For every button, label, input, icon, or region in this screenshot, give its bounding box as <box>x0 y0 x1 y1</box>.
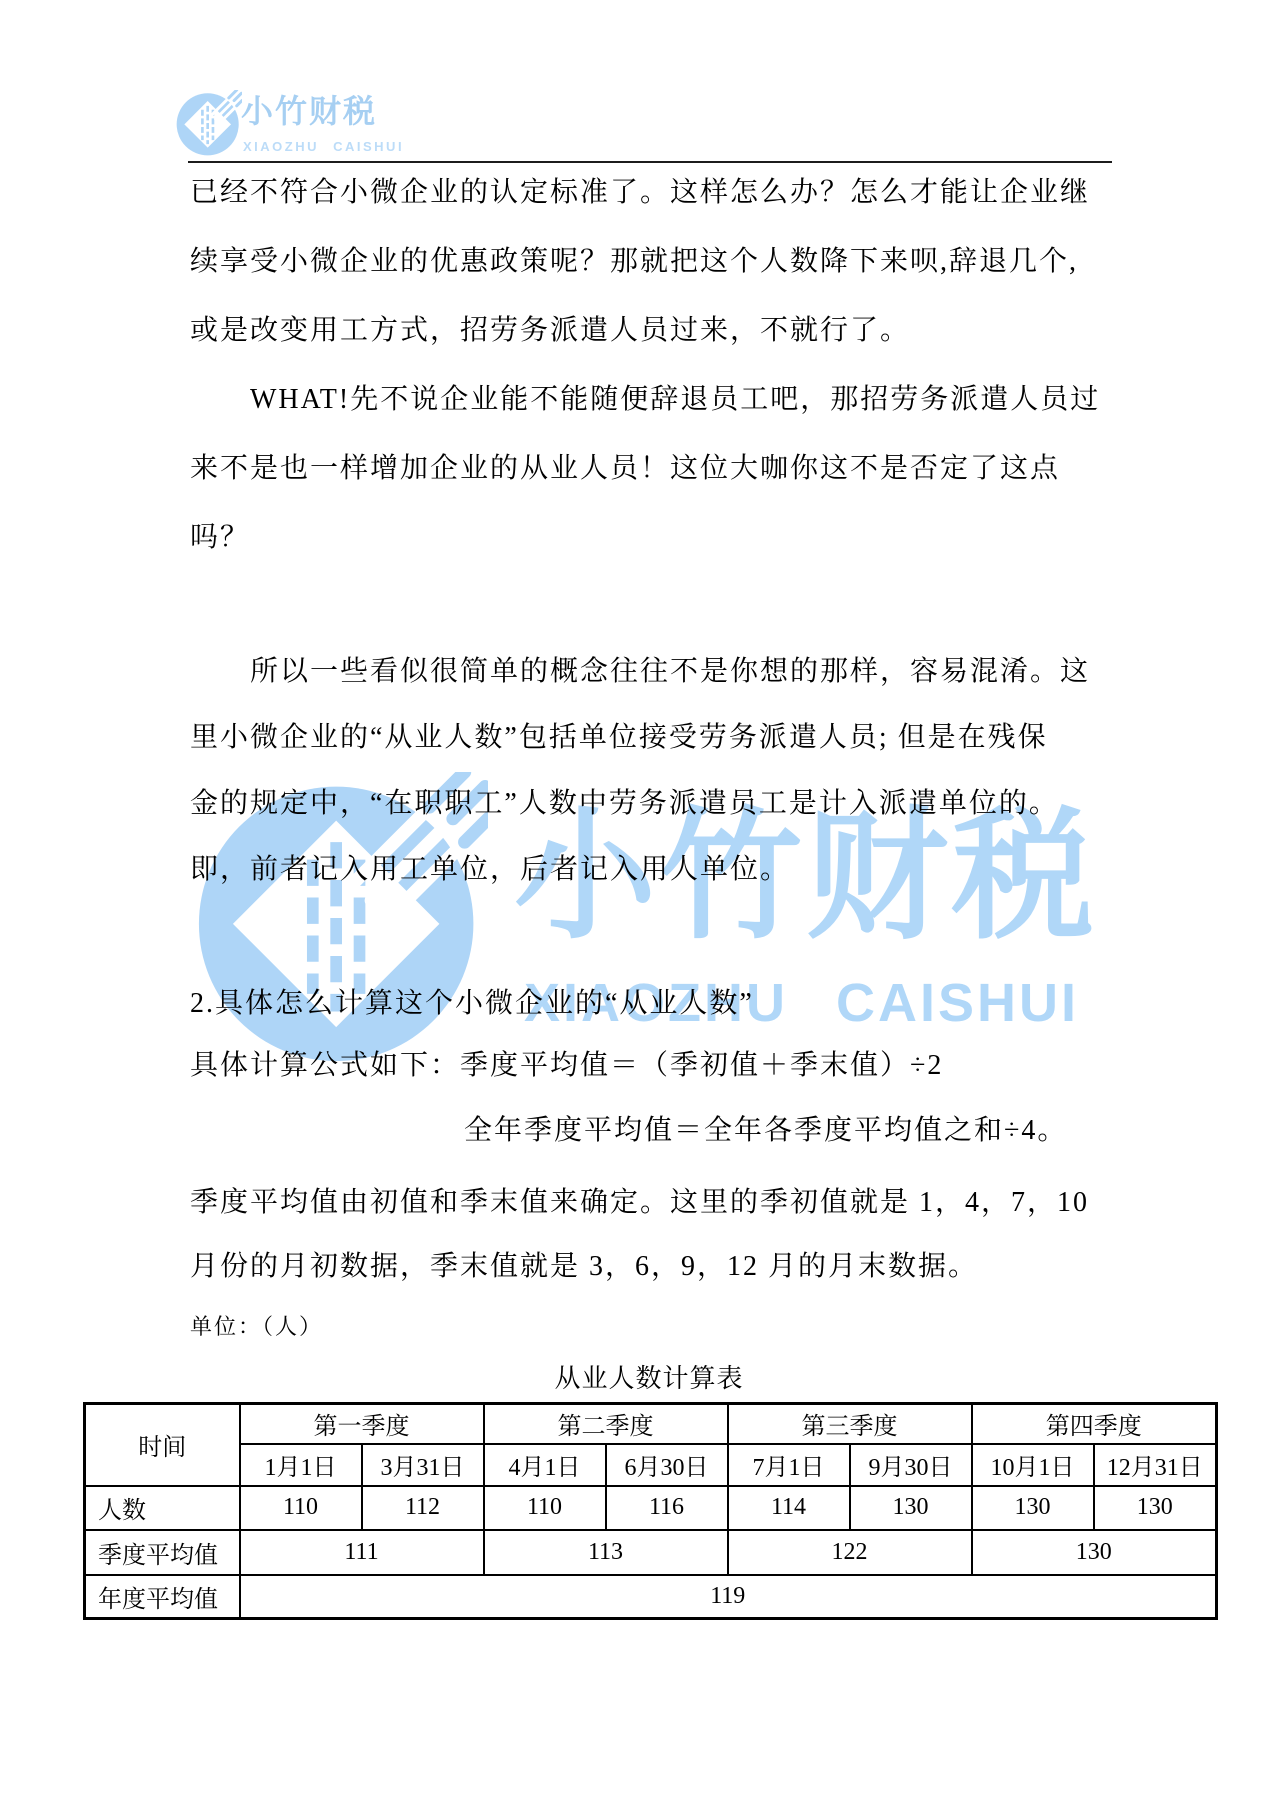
unit-label: 单位：（人） <box>190 1310 323 1344</box>
body-line-14: 季度平均值由初值和季末值来确定。这里的季初值就是 1，4，7，10 <box>190 1186 1089 1220</box>
count-cell: 130 <box>972 1486 1094 1530</box>
counts-row-label: 人数 <box>85 1486 240 1530</box>
date-header-cell: 7月1日 <box>728 1444 850 1486</box>
quarter-avg-cell: 113 <box>484 1530 728 1575</box>
quarter-header-q2: 第二季度 <box>484 1404 728 1444</box>
year-avg-cell: 119 <box>240 1575 1217 1619</box>
time-header-cell: 时间 <box>85 1404 240 1486</box>
body-line-13: 全年季度平均值＝全年各季度平均值之和÷4。 <box>464 1114 1067 1148</box>
date-header-cell: 3月31日 <box>362 1444 484 1486</box>
count-cell: 112 <box>362 1486 484 1530</box>
date-header-cell: 1月1日 <box>240 1444 362 1486</box>
body-line-3: 或是改变用工方式，招劳务派遣人员过来，不就行了。 <box>190 314 910 348</box>
body-line-12: 具体计算公式如下：季度平均值＝（季初值＋季末值）÷2 <box>190 1049 943 1083</box>
body-line-1: 已经不符合小微企业的认定标准了。这样怎么办？怎么才能让企业继 <box>190 176 1090 210</box>
quarter-avg-cell: 130 <box>972 1530 1217 1575</box>
quarter-header-q4: 第四季度 <box>972 1404 1217 1444</box>
count-cell: 130 <box>1094 1486 1217 1530</box>
year-avg-row-label: 年度平均值 <box>85 1575 240 1619</box>
body-line-5: 来不是也一样增加企业的从业人员！这位大咖你这不是否定了这点 <box>190 452 1060 486</box>
count-cell: 110 <box>484 1486 606 1530</box>
date-header-cell: 9月30日 <box>850 1444 972 1486</box>
count-cell: 110 <box>240 1486 362 1530</box>
date-header-cell: 10月1日 <box>972 1444 1094 1486</box>
body-line-15: 月份的月初数据，季末值就是 3，6，9，12 月的月末数据。 <box>190 1250 978 1284</box>
document-page: 小竹财税 XIAOZHU CAISHUI 小竹财税 XIAOZHU CAISHU… <box>0 0 1280 1810</box>
body-line-7: 所以一些看似很简单的概念往往不是你想的那样，容易混淆。这 <box>250 655 1090 689</box>
body-line-6: 吗？ <box>190 521 250 555</box>
body-line-9: 金的规定中，“在职职工”人数中劳务派遣员工是计入派遣单位的。 <box>190 787 1059 821</box>
count-cell: 130 <box>850 1486 972 1530</box>
brand-subtitle: XIAOZHU CAISHUI <box>243 139 404 154</box>
count-cell: 114 <box>728 1486 850 1530</box>
brand-logo-icon <box>176 90 242 156</box>
employee-count-table: 时间 第一季度 第二季度 第三季度 第四季度 1月1日 3月31日 4月1日 6… <box>83 1402 1218 1620</box>
body-line-4: WHAT!先不说企业能不能随便辞退员工吧，那招劳务派遣人员过 <box>250 383 1100 417</box>
header-rule <box>188 161 1112 163</box>
quarter-avg-cell: 122 <box>728 1530 972 1575</box>
body-line-10: 即，前者记入用工单位，后者记入用人单位。 <box>190 853 790 887</box>
body-line-8: 里小微企业的“从业人数”包括单位接受劳务派遣人员; 但是在残保 <box>190 721 1048 755</box>
body-line-11: 2.具体怎么计算这个小微企业的“从业人数” <box>190 987 754 1021</box>
count-cell: 116 <box>606 1486 728 1530</box>
brand-name: 小竹财税 <box>241 86 377 132</box>
body-line-2: 续享受小微企业的优惠政策呢？那就把这个人数降下来呗,辞退几个, <box>190 245 1078 279</box>
date-header-cell: 6月30日 <box>606 1444 728 1486</box>
date-header-cell: 12月31日 <box>1094 1444 1217 1486</box>
quarter-header-q1: 第一季度 <box>240 1404 484 1444</box>
quarter-avg-cell: 111 <box>240 1530 484 1575</box>
date-header-cell: 4月1日 <box>484 1444 606 1486</box>
quarter-avg-row-label: 季度平均值 <box>85 1530 240 1575</box>
table-title: 从业人数计算表 <box>83 1358 1215 1395</box>
quarter-header-q3: 第三季度 <box>728 1404 972 1444</box>
